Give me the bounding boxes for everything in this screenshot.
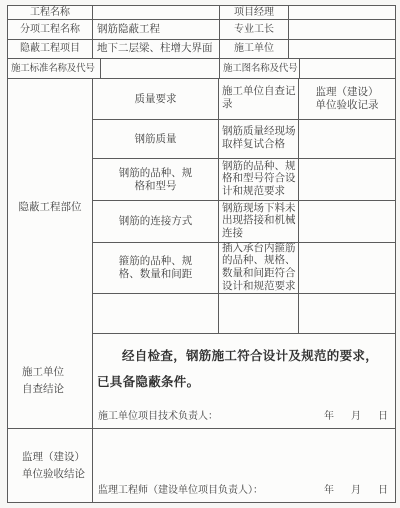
hidden-project-value: 地下二层梁、柱增大界面 [93,40,220,58]
self-check-conclusion-body: 经自检查，钢筋施工符合设计及规范的要求，已具备隐蔽条件。 施工单位项目技术负责人… [93,334,395,428]
quality-item: 箍筋的品种、规格、数量和间距 [93,243,219,293]
row-project-name: 工程名称 项目经理 [8,6,395,20]
label-line1: 施工单位 [22,364,64,381]
subitem-name-value: 钢筋隐蔽工程 [93,20,220,39]
month-label: 月 [351,407,361,422]
day-label: 日 [378,481,388,496]
acceptance-record [299,201,395,242]
foreman-label: 专业工长 [220,20,289,39]
col-header-acceptance: 监理（建设）单位验收记录 [299,79,395,119]
grid-header-row: 质量要求 施工单位自查记录 监理（建设）单位验收记录 [93,79,395,120]
self-check-record: 插入承台内箍筋的品种、规格、数量和间距符合设计和规范要求 [219,243,299,293]
self-check-record: 钢筋质量经现场取样复试合格 [219,120,299,158]
date-fields: 年 月 日 [324,407,388,422]
acceptance-conclusion-section: 监理（建设） 单位验收结论 监理工程师（建设单位项目负责人）： 年 月 日 [8,429,395,502]
hidden-parts-section: 隐蔽工程部位 质量要求 施工单位自查记录 监理（建设）单位验收记录 钢筋质量 钢… [8,79,395,334]
technical-director-signer-label: 施工单位项目技术负责人： [98,407,218,422]
grid-row-rebar-type: 钢筋的品种、规格和型号 钢筋的品种、规格和型号符合设计和规范要求 [93,159,395,201]
self-check-record: 钢筋现场下料未出现搭接和机械连接 [219,201,299,242]
acceptance-conclusion-label: 监理（建设） 单位验收结论 [8,429,93,502]
date-fields: 年 月 日 [324,481,388,496]
label-line2: 单位验收结论 [22,466,85,483]
quality-item: 钢筋质量 [93,120,219,158]
self-check-conclusion-section: 施工单位 自查结论 经自检查，钢筋施工符合设计及规范的要求，已具备隐蔽条件。 施… [8,334,395,429]
acceptance-record [299,243,395,293]
label-line1: 监理（建设） [22,449,85,466]
grid-row-stirrup: 箍筋的品种、规格、数量和间距 插入承台内箍筋的品种、规格、数量和间距符合设计和规… [93,243,395,294]
construction-unit-label: 施工单位 [220,40,289,58]
standard-name-code-value [101,59,220,78]
year-label: 年 [324,407,334,422]
project-name-value [93,6,220,19]
col-header-self-check: 施工单位自查记录 [219,79,299,119]
self-check-record: 钢筋的品种、规格和型号符合设计和规范要求 [219,159,299,200]
acceptance-record [299,120,395,158]
grid-row-rebar-connection: 钢筋的连接方式 钢筋现场下料未出现搭接和机械连接 [93,201,395,243]
grid-row-empty [93,294,395,334]
self-check-conclusion-text: 经自检查，钢筋施工符合设计及规范的要求，已具备隐蔽条件。 [97,343,389,395]
quality-item: 钢筋的品种、规格和型号 [93,159,219,200]
construction-unit-value [289,40,395,58]
acceptance-record [299,294,395,333]
self-check-record [219,294,299,333]
year-label: 年 [324,481,334,496]
label-line2: 自查结论 [22,381,64,398]
quality-item: 钢筋的连接方式 [93,201,219,242]
standard-name-code-label: 施工标准名称及代号 [8,59,101,78]
hidden-works-acceptance-form: 工程名称 项目经理 分项工程名称 钢筋隐蔽工程 专业工长 隐蔽工程项目 地下二层… [7,5,396,503]
project-manager-label: 项目经理 [220,6,289,19]
scanned-form-page: { "colors": {"border": "#5c5c5c", "text"… [0,0,400,508]
col-header-quality: 质量要求 [93,79,219,119]
foreman-value [289,20,395,39]
hidden-project-label: 隐蔽工程项目 [8,40,93,58]
quality-item [93,294,219,333]
grid-row-rebar-quality: 钢筋质量 钢筋质量经现场取样复试合格 [93,120,395,159]
project-name-label: 工程名称 [8,6,93,19]
month-label: 月 [351,481,361,496]
project-manager-value [289,6,395,19]
acceptance-record [299,159,395,200]
drawing-name-code-value [300,59,395,78]
self-check-conclusion-label: 施工单位 自查结论 [8,334,93,428]
hidden-parts-row-header: 隐蔽工程部位 [8,79,93,334]
supervising-engineer-signer-label: 监理工程师（建设单位项目负责人）： [98,481,263,496]
acceptance-conclusion-body: 监理工程师（建设单位项目负责人）： 年 月 日 [93,429,395,502]
row-subitem-name: 分项工程名称 钢筋隐蔽工程 专业工长 [8,20,395,40]
subitem-name-label: 分项工程名称 [8,20,93,39]
row-hidden-project: 隐蔽工程项目 地下二层梁、柱增大界面 施工单位 [8,40,395,59]
row-standard-code: 施工标准名称及代号 施工图名称及代号 [8,59,395,79]
day-label: 日 [378,407,388,422]
acceptance-signature-line: 监理工程师（建设单位项目负责人）： 年 月 日 [93,481,395,496]
self-check-signature-line: 施工单位项目技术负责人： 年 月 日 [93,407,395,422]
drawing-name-code-label: 施工图名称及代号 [220,59,300,78]
hidden-parts-grid: 质量要求 施工单位自查记录 监理（建设）单位验收记录 钢筋质量 钢筋质量经现场取… [93,79,395,334]
